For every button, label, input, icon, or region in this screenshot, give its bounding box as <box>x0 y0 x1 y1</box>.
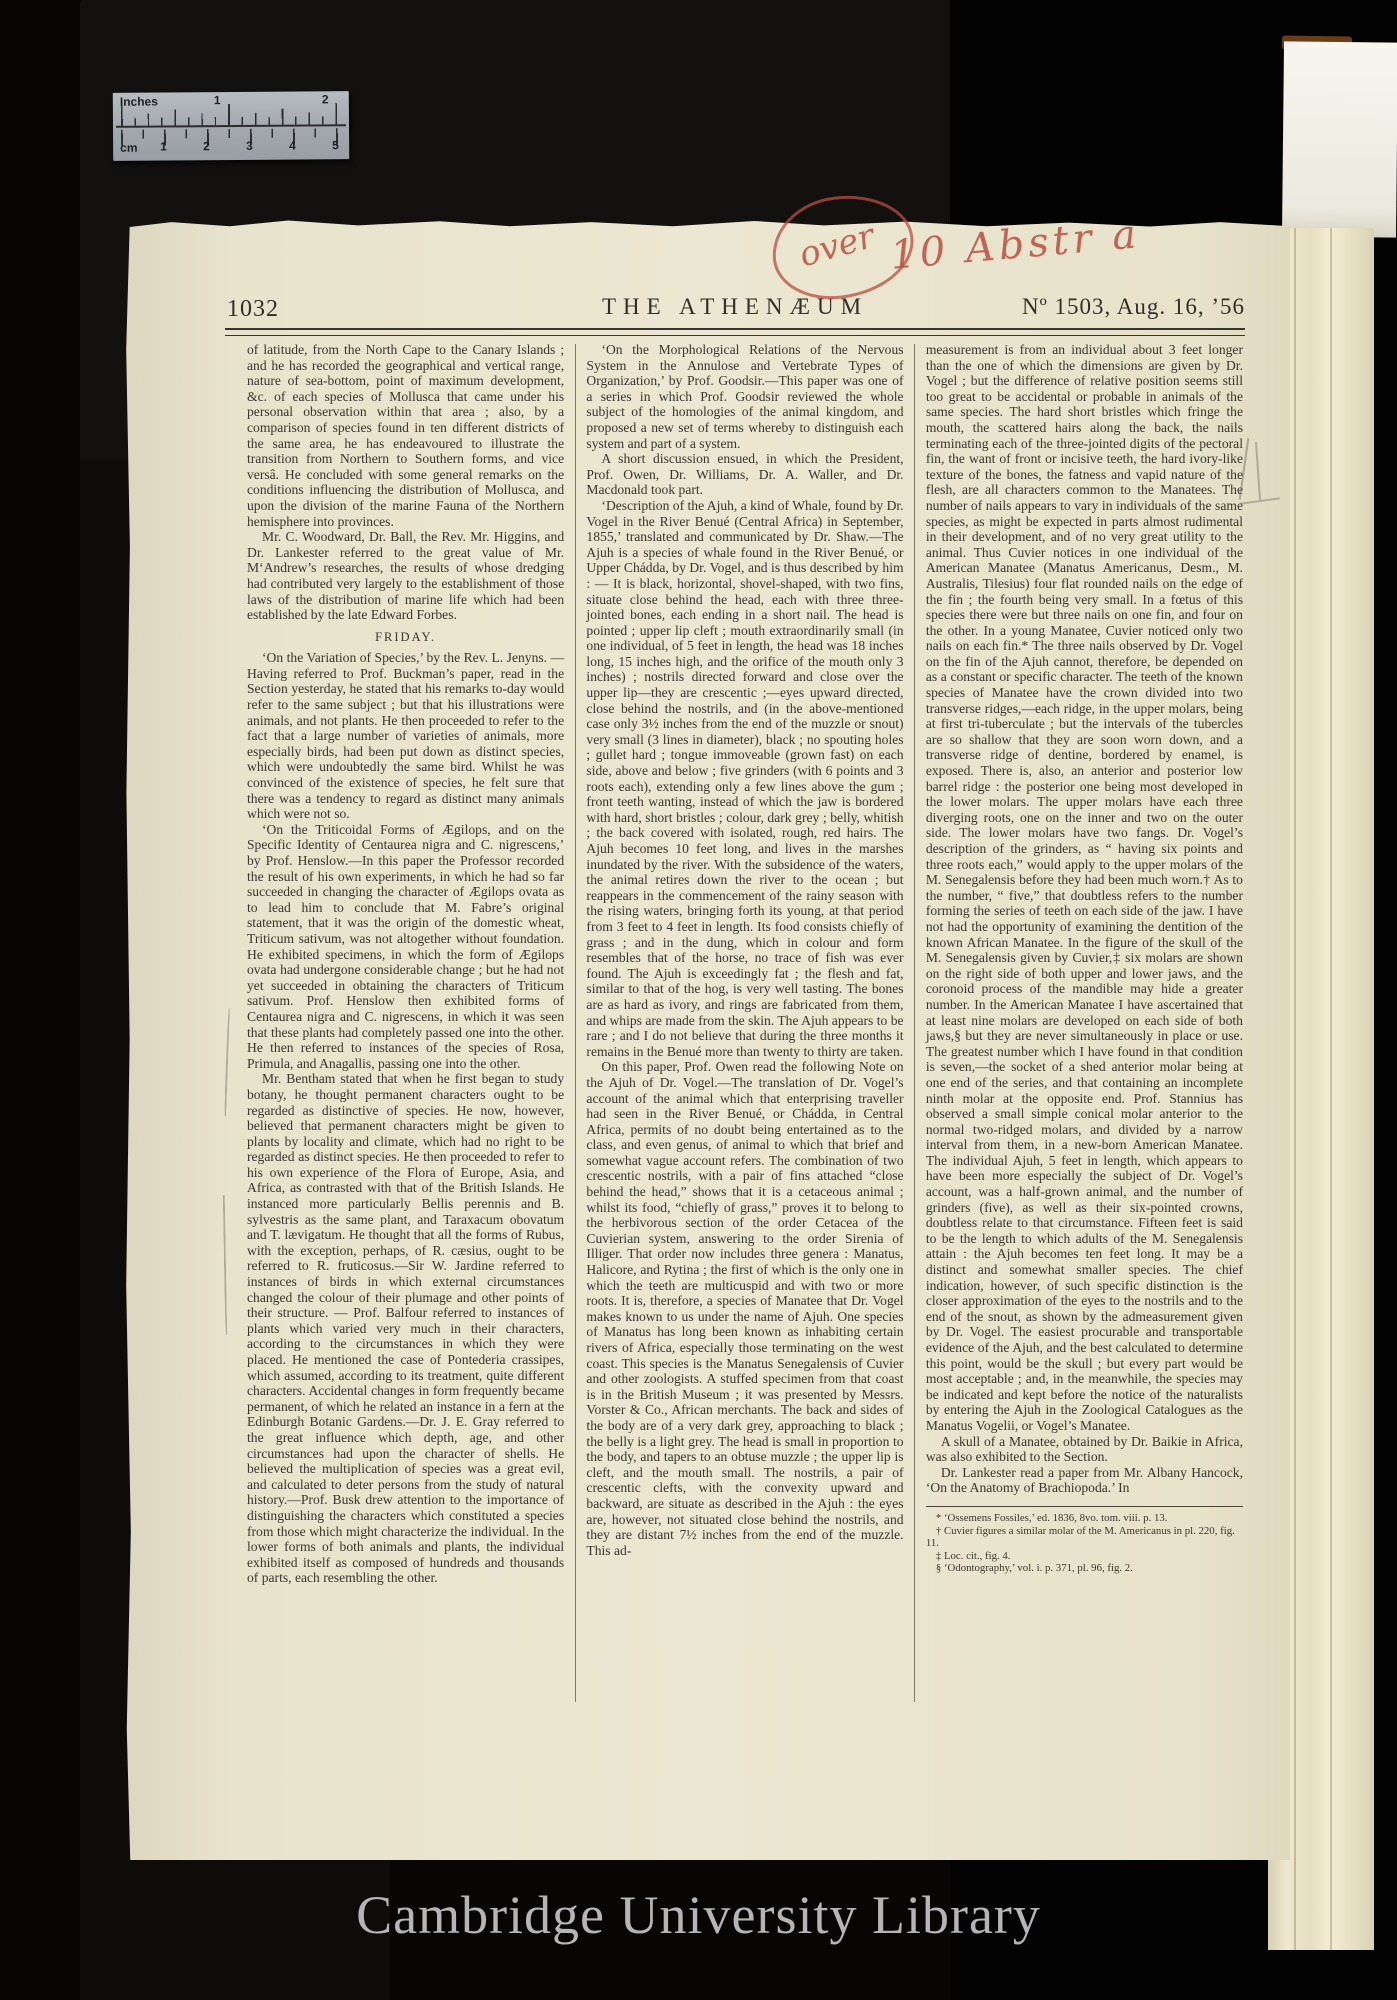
ruler-inches-label: Inches <box>120 95 158 109</box>
paragraph: Mr. Bentham stated that when he first be… <box>247 1071 564 1586</box>
backing-card <box>1282 41 1397 237</box>
text-columns: of latitude, from the North Cape to the … <box>247 342 1243 1742</box>
paragraph: Dr. Lankester read a paper from Mr. Alba… <box>926 1465 1243 1496</box>
paragraph: On this paper, Prof. Owen read the follo… <box>586 1059 903 1558</box>
paragraph: ‘On the Variation of Species,’ by the Re… <box>247 650 564 822</box>
issue-number-date: Nº 1503, Aug. 16, ’56 <box>1022 294 1245 320</box>
paragraph: ‘Description of the Ajuh, a kind of Whal… <box>586 498 903 1059</box>
column-rule-1 <box>575 344 576 1702</box>
paragraph: ‘On the Morphological Relations of the N… <box>586 342 903 451</box>
paragraph: of latitude, from the North Cape to the … <box>247 342 564 529</box>
ruler-cm-number: 2 <box>203 139 210 153</box>
footnote: * ‘Ossemens Fossiles,’ ed. 1836, 8vo. to… <box>926 1512 1243 1525</box>
ruler-inch-number: 2 <box>322 92 329 106</box>
ruler-midline <box>116 124 346 128</box>
page-header: 1032 THE ATHENÆUM Nº 1503, Aug. 16, ’56 <box>225 290 1245 326</box>
footnote: ‡ Loc. cit., fig. 4. <box>926 1550 1243 1563</box>
page-crease <box>1330 228 1332 1950</box>
footnotes: * ‘Ossemens Fossiles,’ ed. 1836, 8vo. to… <box>926 1506 1243 1575</box>
header-double-rule <box>225 328 1245 336</box>
paragraph: A skull of a Manatee, obtained by Dr. Ba… <box>926 1434 1243 1465</box>
paragraph: ‘On the Triticoidal Forms of Ægilops, an… <box>247 822 564 1072</box>
footnote: § ‘Odontography,’ vol. i. p. 371, pl. 96… <box>926 1562 1243 1575</box>
red-circled-annotation-text: over <box>795 216 879 275</box>
library-banner: Cambridge University Library <box>0 1884 1397 1946</box>
journal-page: 1032 THE ATHENÆUM Nº 1503, Aug. 16, ’56 … <box>125 218 1290 1860</box>
ruler-inch-number: 1 <box>214 93 221 107</box>
column-1: of latitude, from the North Cape to the … <box>247 342 564 1742</box>
ruler-cm-ticks <box>121 128 344 146</box>
footnote: † Cuvier figures a similar molar of the … <box>926 1525 1243 1550</box>
paragraph: FRIDAY. <box>247 630 564 646</box>
ruler-cm-number: 1 <box>160 139 167 153</box>
ruler-cm-number: 3 <box>246 139 253 153</box>
ruler-cm-number: 5 <box>332 138 339 152</box>
page-crease <box>1294 228 1296 1950</box>
column-3: measurement is from an individual about … <box>926 342 1243 1742</box>
column-2: ‘On the Morphological Relations of the N… <box>586 342 903 1742</box>
ruler-cm-label: cm <box>120 141 137 155</box>
paragraph: A short discussion ensued, in which the … <box>586 451 903 498</box>
column-3-text: measurement is from an individual about … <box>926 342 1243 1496</box>
ruler-cm-number: 4 <box>289 139 296 153</box>
paragraph: Mr. C. Woodward, Dr. Ball, the Rev. Mr. … <box>247 529 564 623</box>
scan-canvas: Inches cm 1 2 1 2 3 4 5 1032 THE ATHENÆU… <box>0 0 1397 2000</box>
paragraph: measurement is from an individual about … <box>926 342 1243 1434</box>
measuring-ruler: Inches cm 1 2 1 2 3 4 5 <box>113 91 349 161</box>
column-rule-2 <box>914 344 915 1702</box>
